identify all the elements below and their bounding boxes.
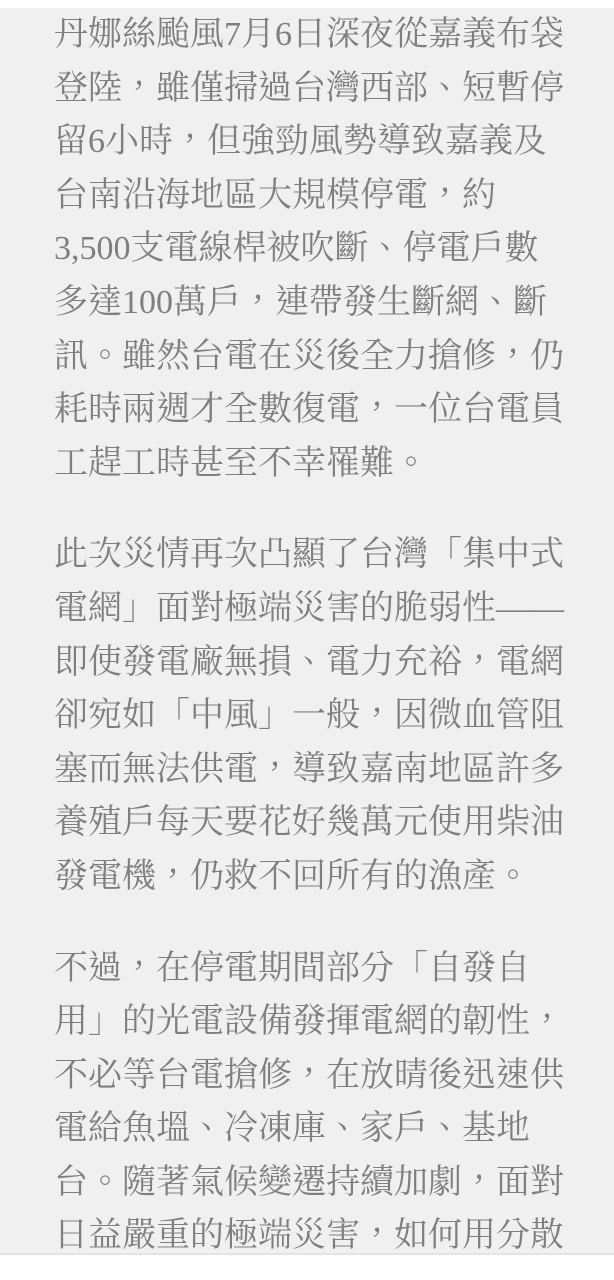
article-paragraph: 不過，在停電期間部分「自發自 用」的光電設備發揮電網的韌性， 不必等台電搶修，在… — [54, 942, 578, 1256]
article-content: 丹娜絲颱風7月6日深夜從嘉義布袋 登陸，雖僅掃過台灣西部、短暫停 留6小時，但強… — [0, 8, 614, 1255]
article-paragraph: 丹娜絲颱風7月6日深夜從嘉義布袋 登陸，雖僅掃過台灣西部、短暫停 留6小時，但強… — [54, 8, 578, 490]
reader-page: 丹娜絲颱風7月6日深夜從嘉義布袋 登陸，雖僅掃過台灣西部、短暫停 留6小時，但強… — [0, 0, 614, 1280]
article-paragraph: 此次災情再次凸顯了台灣「集中式 電網」面對極端災害的脆弱性—— 即使發電廠無損、… — [54, 528, 578, 903]
